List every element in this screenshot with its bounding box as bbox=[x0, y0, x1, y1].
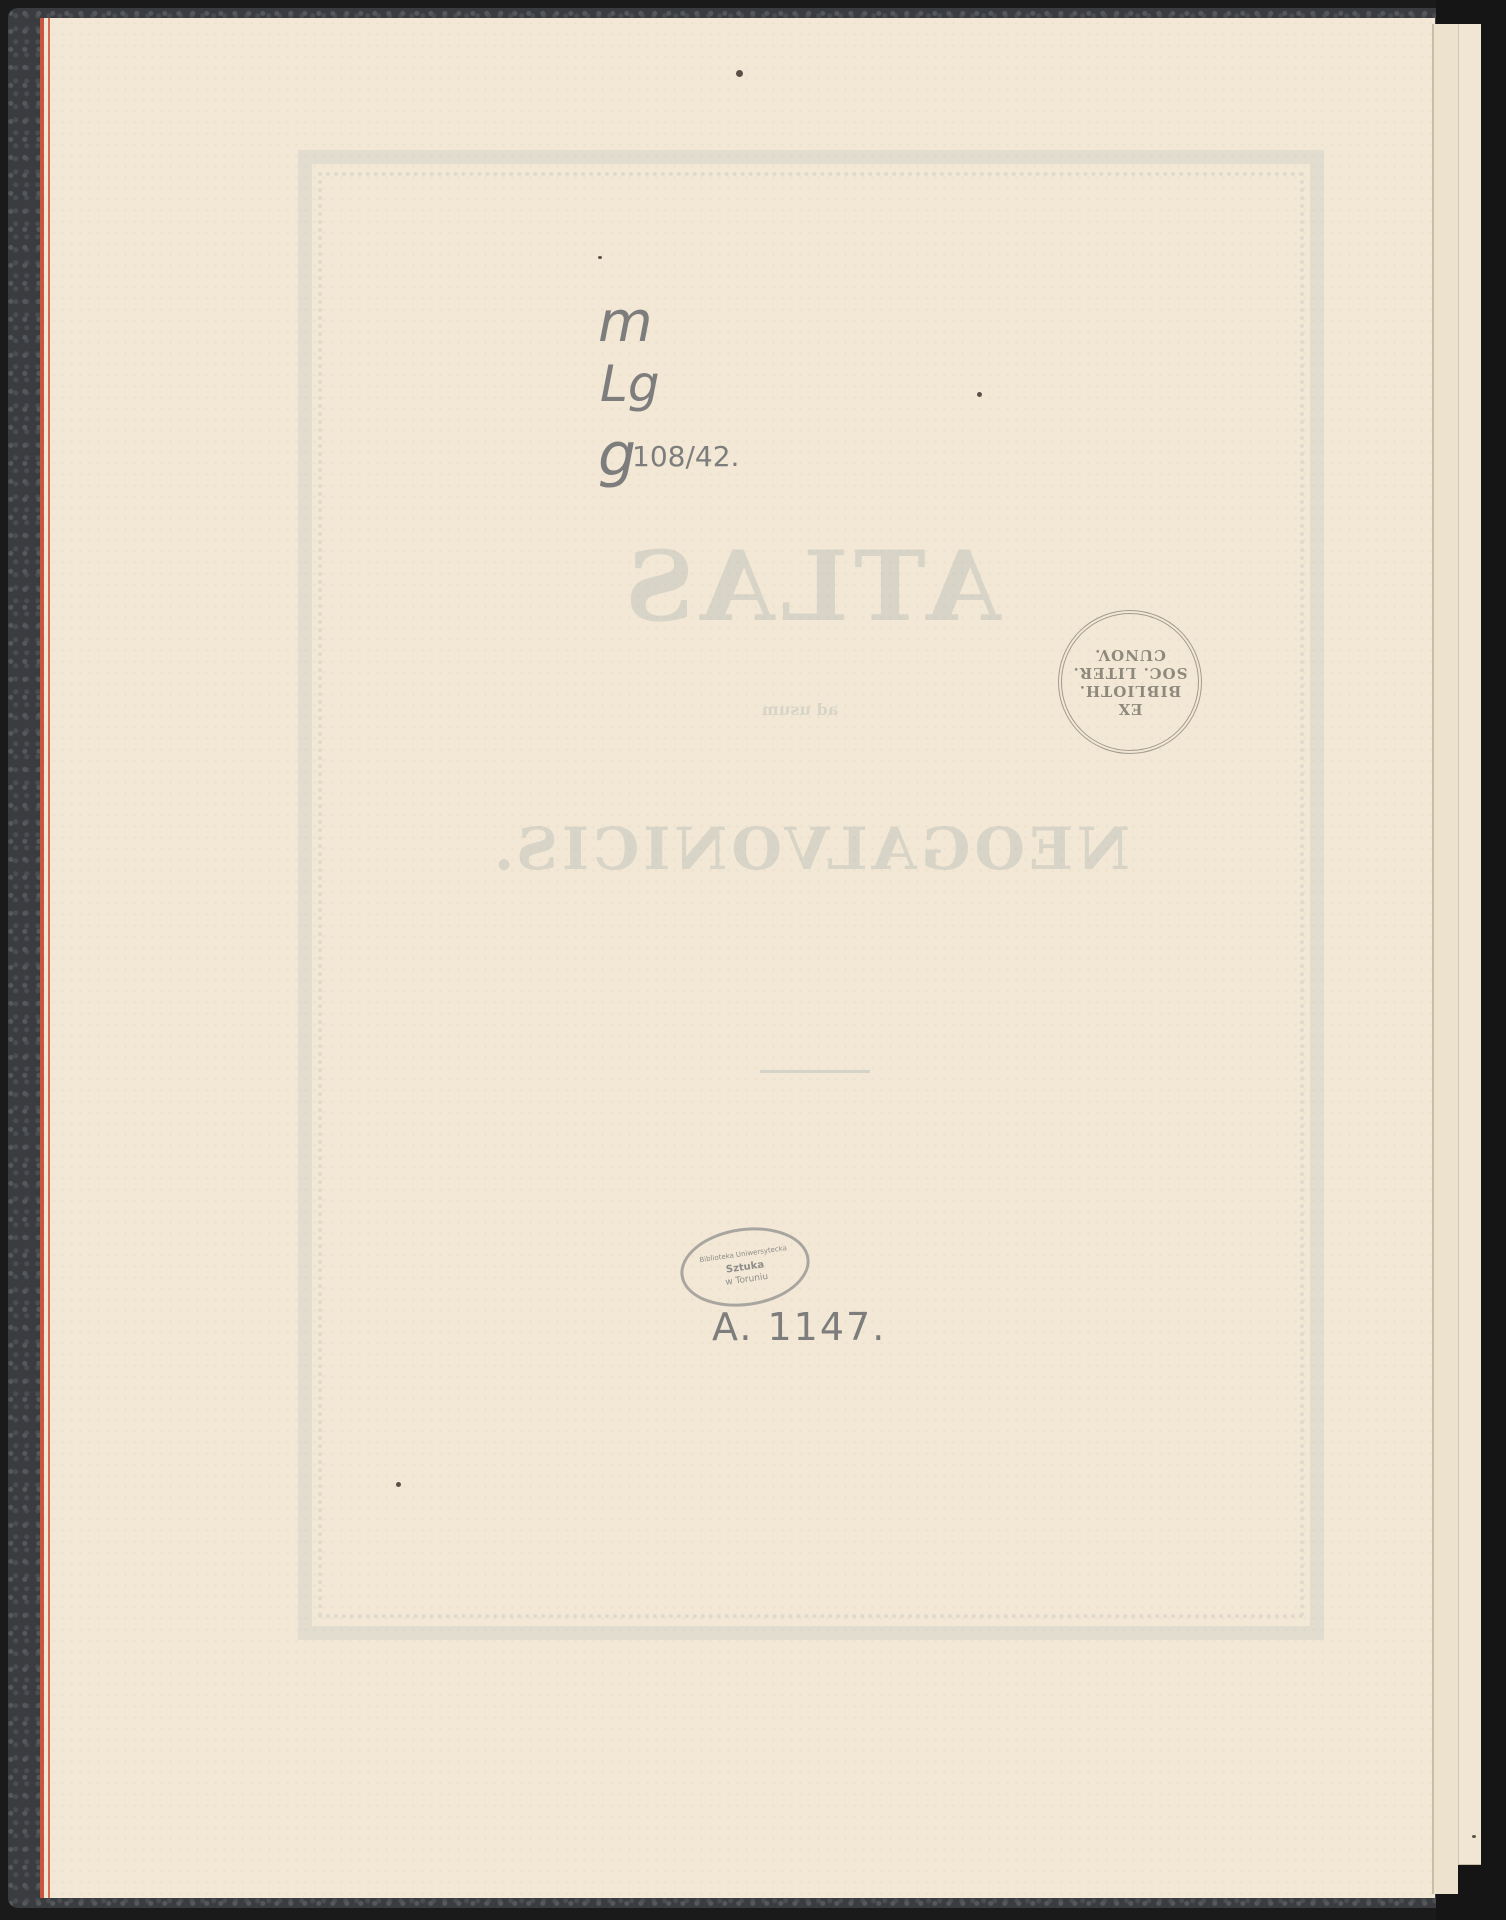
paper-speck bbox=[396, 1482, 401, 1487]
paper-speck bbox=[977, 392, 982, 397]
paper-speck bbox=[598, 256, 602, 259]
red-page-edge-inner bbox=[48, 18, 50, 1898]
paper-speck bbox=[736, 70, 743, 77]
show-through-rule bbox=[760, 1070, 870, 1073]
stamp-line: CUNOV. bbox=[1094, 646, 1166, 664]
pencil-shelfmark-number: 108/42. bbox=[632, 440, 739, 473]
paper-speck bbox=[1472, 1835, 1476, 1838]
page-stack-edge bbox=[1432, 24, 1458, 1894]
stamp-line: SOC. LITER. bbox=[1073, 664, 1188, 682]
library-stamp-round: EX BIBLIOTH. SOC. LITER. CUNOV. bbox=[1058, 610, 1202, 754]
accession-number: A. 1147. bbox=[712, 1305, 886, 1349]
page-stack-edge-outer bbox=[1458, 24, 1481, 1865]
show-through-ad-usum: ad usum bbox=[760, 700, 840, 719]
red-page-edge bbox=[40, 18, 44, 1898]
show-through-title: ATLAS bbox=[600, 530, 1020, 643]
stamp-line: BIBLIOTH. bbox=[1079, 682, 1182, 700]
pencil-mark-g: g bbox=[598, 420, 636, 490]
pencil-mark-m: m bbox=[598, 290, 653, 355]
pencil-mark-lg: Lg bbox=[600, 355, 660, 413]
show-through-frame-inner bbox=[318, 172, 1304, 1618]
stamp-line: EX bbox=[1117, 700, 1142, 718]
show-through-subtitle: NEOGALVONICIS. bbox=[400, 815, 1220, 883]
